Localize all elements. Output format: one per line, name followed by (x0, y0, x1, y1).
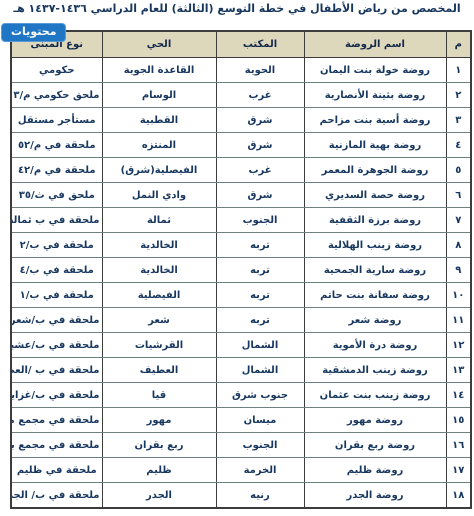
cell-no: ١٦ (446, 433, 471, 458)
cell-no: ٨ (446, 233, 471, 258)
cell-name: روضة مهور (304, 408, 446, 433)
cell-district: الفيصلية (102, 283, 216, 308)
cell-district: ربع بقران (102, 433, 216, 458)
table-row: ١٣روضة زينب الدمشقيةالشمالالعطيفملحقة في… (11, 358, 471, 383)
cell-building: ملحقة في ب/غزايل (11, 383, 102, 408)
cell-office: غرب (216, 83, 304, 108)
cell-no: ١٨ (446, 483, 471, 509)
cell-office: شرق (216, 108, 304, 133)
cell-office: ميسان (216, 408, 304, 433)
cell-building: ملحقة في ب/٤ (11, 258, 102, 283)
cell-name: روضة زينب الهلالية (304, 233, 446, 258)
cell-office: الحوية (216, 58, 304, 83)
page-title: المخصص من رياض الأطفال في خطة التوسع (ال… (0, 2, 474, 15)
cell-district: القطبية (102, 108, 216, 133)
cell-district: شعر (102, 308, 216, 333)
cell-name: روضة أسية بنت مزاحم (304, 108, 446, 133)
cell-name: روضة سفانة بنت حاتم (304, 283, 446, 308)
cell-no: ١٥ (446, 408, 471, 433)
cell-no: ٧ (446, 208, 471, 233)
cell-name: روضة شعر (304, 308, 446, 333)
kindergarten-table: م اسم الروضة المكتب الحي نوع المبنى ١روض… (10, 30, 472, 509)
cell-building: ملحقة في ب/عشيرة (11, 333, 102, 358)
cell-building: حكومي (11, 58, 102, 83)
cell-name: روضة زينب بنت عثمان (304, 383, 446, 408)
cell-building: ملحقة في م/٤٢ (11, 158, 102, 183)
cell-office: الجنوب (216, 208, 304, 233)
table-row: ١٦روضة ربع بقرانالجنوبربع بقرانملحقة في … (11, 433, 471, 458)
cell-building: مستأجر مستقل (11, 108, 102, 133)
cell-district: العطيف (102, 358, 216, 383)
table-row: ٢روضة بثينة الأنصاريةغربالوسامملحق حكومي… (11, 83, 471, 108)
contents-badge[interactable]: محتويات (1, 23, 66, 42)
cell-name: روضة سارية الجمحية (304, 258, 446, 283)
header-row: م اسم الروضة المكتب الحي نوع المبنى (11, 31, 471, 58)
cell-name: روضة بهية المازنية (304, 133, 446, 158)
cell-no: ٩ (446, 258, 471, 283)
table-row: ١٢روضة درة الأمويةالشمالالقرشياتملحقة في… (11, 333, 471, 358)
table-row: ٧روضة برزة الثقفيةالجنوبثمالةملحقة في ب … (11, 208, 471, 233)
table-row: ٥روضة الجوهرة المعمرغربالفيصلية(شرق)ملحق… (11, 158, 471, 183)
cell-building: ملحقة في ب/شعر (11, 308, 102, 333)
cell-no: ١٧ (446, 458, 471, 483)
cell-no: ١١ (446, 308, 471, 333)
cell-office: الخرمة (216, 458, 304, 483)
cell-office: تربه (216, 308, 304, 333)
cell-district: قيا (102, 383, 216, 408)
cell-building: ملحقة في ب/ الجدر (11, 483, 102, 509)
cell-no: ٥ (446, 158, 471, 183)
cell-building: ملحقة في ب ثمالة (11, 208, 102, 233)
cell-no: ١٤ (446, 383, 471, 408)
cell-building: ملحق في ث/٣٥ (11, 183, 102, 208)
cell-no: ٤ (446, 133, 471, 158)
cell-name: روضة برزة الثقفية (304, 208, 446, 233)
cell-name: روضة زينب الدمشقية (304, 358, 446, 383)
header-office: المكتب (216, 31, 304, 58)
cell-no: ١٠ (446, 283, 471, 308)
cell-district: ظليم (102, 458, 216, 483)
cell-no: ١٢ (446, 333, 471, 358)
cell-district: وادي النمل (102, 183, 216, 208)
cell-district: مهور (102, 408, 216, 433)
cell-district: المنتزه (102, 133, 216, 158)
header-district: الحي (102, 31, 216, 58)
cell-name: روضة ربع بقران (304, 433, 446, 458)
cell-building: ملحقة في م/٥٢ (11, 133, 102, 158)
cell-office: شرق (216, 133, 304, 158)
cell-name: روضة بثينة الأنصارية (304, 83, 446, 108)
header-name: اسم الروضة (304, 31, 446, 58)
table-row: ١٨روضة الجدررنيهالجدرملحقة في ب/ الجدر (11, 483, 471, 509)
cell-name: روضة الجوهرة المعمر (304, 158, 446, 183)
header-no: م (446, 31, 471, 58)
table-row: ٩روضة سارية الجمحيةتربهالخالديةملحقة في … (11, 258, 471, 283)
cell-building: ملحق حكومي م/٣ (11, 83, 102, 108)
cell-office: غرب (216, 158, 304, 183)
cell-building: ملحقة في ظليم (11, 458, 102, 483)
table-row: ١٤روضة زينب بنت عثمانجنوب شرققياملحقة في… (11, 383, 471, 408)
cell-no: ٢ (446, 83, 471, 108)
table-header: م اسم الروضة المكتب الحي نوع المبنى (11, 31, 471, 58)
table-row: ٣روضة أسية بنت مزاحمشرقالقطبيةمستأجر مست… (11, 108, 471, 133)
cell-district: الفيصلية(شرق) (102, 158, 216, 183)
table-body: ١روضة خولة بنت اليمانالحويةالقاعدة الجوي… (11, 58, 471, 509)
table-row: ١٧روضة ظليمالخرمةظليمملحقة في ظليم (11, 458, 471, 483)
cell-district: القاعدة الجوية (102, 58, 216, 83)
cell-building: ملحقة في مجمع مهور (11, 408, 102, 433)
cell-building: ملحقة في مجمع بقران (11, 433, 102, 458)
cell-no: ١٣ (446, 358, 471, 383)
cell-office: تربه (216, 283, 304, 308)
cell-office: الجنوب (216, 433, 304, 458)
table-row: ١٥روضة مهورميسانمهورملحقة في مجمع مهور (11, 408, 471, 433)
cell-name: روضة الجدر (304, 483, 446, 509)
cell-office: تربه (216, 258, 304, 283)
cell-district: الجدر (102, 483, 216, 509)
table-row: ٨روضة زينب الهلاليةتربهالخالديةملحقة في … (11, 233, 471, 258)
cell-no: ٦ (446, 183, 471, 208)
cell-building: ملحقة في ب /العطيف (11, 358, 102, 383)
cell-office: شرق (216, 183, 304, 208)
cell-office: تربه (216, 233, 304, 258)
cell-office: الشمال (216, 333, 304, 358)
cell-name: روضة خولة بنت اليمان (304, 58, 446, 83)
table-row: ١روضة خولة بنت اليمانالحويةالقاعدة الجوي… (11, 58, 471, 83)
cell-no: ٣ (446, 108, 471, 133)
table-row: ٦روضة حصة السديريشرقوادي النململحق في ث/… (11, 183, 471, 208)
cell-building: ملحقة في ب/١ (11, 283, 102, 308)
cell-office: رنيه (216, 483, 304, 509)
cell-district: القرشيات (102, 333, 216, 358)
cell-office: الشمال (216, 358, 304, 383)
cell-building: ملحقة في ب/٢ (11, 233, 102, 258)
cell-district: ثمالة (102, 208, 216, 233)
table-row: ١١روضة شعرتربهشعرملحقة في ب/شعر (11, 308, 471, 333)
cell-district: الخالدية (102, 258, 216, 283)
cell-name: روضة ظليم (304, 458, 446, 483)
page: المخصص من رياض الأطفال في خطة التوسع (ال… (0, 0, 474, 516)
cell-district: الخالدية (102, 233, 216, 258)
cell-no: ١ (446, 58, 471, 83)
cell-name: روضة حصة السديري (304, 183, 446, 208)
table-row: ١٠روضة سفانة بنت حاتمتربهالفيصليةملحقة ف… (11, 283, 471, 308)
cell-name: روضة درة الأموية (304, 333, 446, 358)
cell-district: الوسام (102, 83, 216, 108)
cell-office: جنوب شرق (216, 383, 304, 408)
table-row: ٤روضة بهية المازنيةشرقالمنتزهملحقة في م/… (11, 133, 471, 158)
